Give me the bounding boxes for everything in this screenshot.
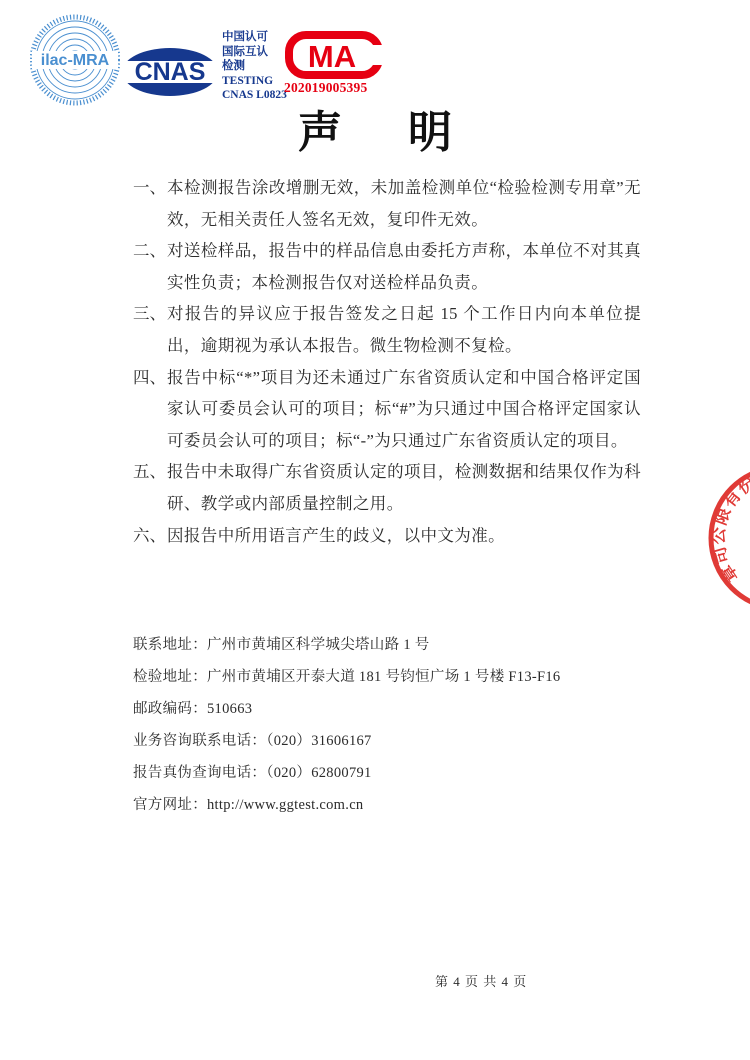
statement-number: 五、	[133, 456, 166, 488]
verify-phone-row: 报告真伪查询电话：（020）62800791	[133, 757, 653, 789]
statement-number: 二、	[133, 235, 166, 267]
seal-char: 公	[709, 527, 729, 545]
contact-label: 检验地址：	[133, 669, 207, 685]
contact-label: 官方网址：	[133, 797, 207, 813]
cma-certificate-number: 202019005395	[284, 80, 388, 96]
statement-list: 一、 本检测报告涂改增删无效，未加盖检测单位“检验检测专用章”无效，无相关责任人…	[133, 172, 641, 551]
contact-label: 业务咨询联系电话：	[133, 733, 266, 749]
statement-text: 报告中未取得广东省资质认定的项目，检测数据和结果仅作为科研、教学或内部质量控制之…	[167, 462, 641, 513]
statement-item-4: 四、 报告中标“*”项目为还未通过广东省资质认定和中国合格评定国家认可委员会认可…	[133, 362, 641, 457]
statement-item-3: 三、 对报告的异议应于报告签发之日起 15 个工作日内向本单位提出，逾期视为承认…	[133, 298, 641, 361]
contact-value: 广州市黄埔区科学城尖塔山路 1 号	[207, 637, 430, 653]
statement-item-6: 六、 因报告中所用语言产生的歧义，以中文为准。	[133, 520, 641, 552]
cma-label: MA	[308, 39, 356, 74]
cma-block: MA 202019005395	[284, 30, 388, 96]
page-title: 声明	[0, 96, 750, 160]
contact-label: 邮政编码：	[133, 701, 207, 717]
contact-value: （020）62800791	[266, 765, 371, 781]
postal-code-row: 邮政编码：510663	[133, 693, 653, 725]
statement-item-5: 五、 报告中未取得广东省资质认定的项目，检测数据和结果仅作为科研、教学或内部质量…	[133, 456, 641, 519]
cnas-label: CNAS	[135, 58, 206, 86]
contact-label: 报告真伪查询电话：	[133, 765, 266, 781]
statement-item-1: 一、 本检测报告涂改增删无效，未加盖检测单位“检验检测专用章”无效，无相关责任人…	[133, 172, 641, 235]
statement-number: 三、	[133, 298, 166, 330]
ilac-mra-logo-icon: ilac-MRA	[30, 12, 120, 107]
inspection-address-row: 检验地址：广州市黄埔区开泰大道 181 号钧恒广场 1 号楼 F13-F16	[133, 661, 653, 693]
statement-text: 对送检样品，报告中的样品信息由委托方声称，本单位不对其真实性负责；本检测报告仅对…	[167, 241, 641, 292]
business-phone-row: 业务咨询联系电话：（020）31606167	[133, 725, 653, 757]
statement-number: 六、	[133, 520, 166, 552]
statement-text: 本检测报告涂改增删无效，未加盖检测单位“检验检测专用章”无效，无相关责任人签名无…	[167, 178, 641, 229]
contact-address-row: 联系地址：广州市黄埔区科学城尖塔山路 1 号	[133, 629, 653, 661]
page-number: 第 4 页 共 4 页	[435, 971, 527, 990]
cma-logo-icon: MA	[284, 30, 384, 80]
contact-value: （020）31606167	[266, 733, 371, 749]
contact-info: 联系地址：广州市黄埔区科学城尖塔山路 1 号 检验地址：广州市黄埔区开泰大道 1…	[133, 629, 653, 821]
report-page: ilac-MRA CNAS 中国认可 国际互认 检测 TESTING CNAS …	[0, 0, 750, 1060]
contact-value: 广州市黄埔区开泰大道 181 号钧恒广场 1 号楼 F13-F16	[207, 669, 560, 685]
statement-text: 因报告中所用语言产生的歧义，以中文为准。	[167, 526, 505, 545]
ilac-mra-label: ilac-MRA	[41, 52, 110, 69]
company-seal-icon: 份 有 限 公 司 章	[690, 430, 750, 650]
contact-value: 510663	[207, 701, 252, 717]
statement-text: 报告中标“*”项目为还未通过广东省资质认定和中国合格评定国家认可委员会认可的项目…	[167, 368, 641, 450]
statement-number: 一、	[133, 172, 166, 204]
website-row: 官方网址：http://www.ggtest.com.cn	[133, 789, 653, 821]
statement-item-2: 二、 对送检样品，报告中的样品信息由委托方声称，本单位不对其真实性负责；本检测报…	[133, 235, 641, 298]
statement-text: 对报告的异议应于报告签发之日起 15 个工作日内向本单位提出，逾期视为承认本报告…	[167, 304, 641, 355]
contact-label: 联系地址：	[133, 637, 207, 653]
statement-number: 四、	[133, 362, 166, 394]
contact-value: http://www.ggtest.com.cn	[207, 797, 363, 813]
cnas-logo-icon: CNAS	[120, 46, 220, 98]
